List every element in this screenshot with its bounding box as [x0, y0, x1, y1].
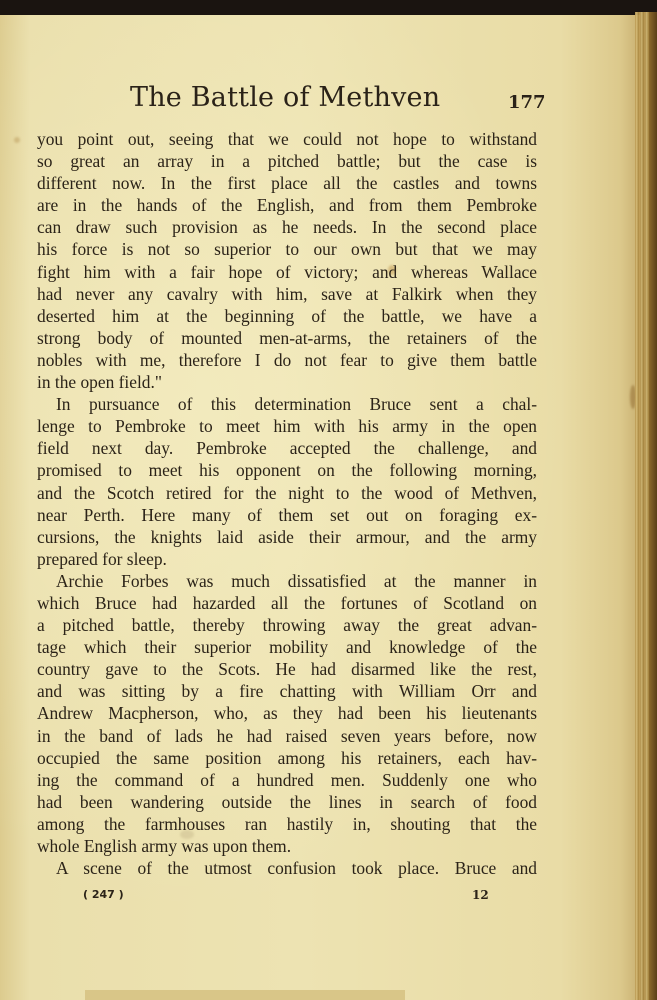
text-line: ing the command of a hundred men. Sudden… [37, 769, 537, 791]
text-line: deserted him at the beginning of the bat… [37, 305, 537, 327]
page-header: The Battle of Methven 177 [0, 82, 560, 122]
text-line: are in the hands of the English, and fro… [37, 194, 537, 216]
signature-number: 12 [472, 888, 489, 902]
running-title: The Battle of Methven [130, 82, 440, 113]
text-line: can draw such provision as he needs. In … [37, 216, 537, 238]
text-line: A scene of the utmost confusion took pla… [37, 857, 537, 879]
text-line: strong body of mounted men-at-arms, the … [37, 327, 537, 349]
text-line: Archie Forbes was much dissatisfied at t… [37, 570, 537, 592]
bottom-page-strip [85, 990, 405, 1000]
text-line: field next day. Pembroke accepted the ch… [37, 437, 537, 459]
body-text: you point out, seeing that we could not … [37, 128, 537, 879]
text-line: had never any cavalry with him, save at … [37, 283, 537, 305]
page-number: 177 [508, 92, 546, 113]
text-line: tage which their superior mobility and k… [37, 636, 537, 658]
text-line: among the farmhouses ran hastily in, sho… [37, 813, 537, 835]
text-line: In pursuance of this determination Bruce… [37, 393, 537, 415]
foxing-spot [14, 137, 20, 143]
text-line: promised to meet his opponent on the fol… [37, 459, 537, 481]
text-line: in the open field." [37, 371, 537, 393]
text-line: which Bruce had hazarded all the fortune… [37, 592, 537, 614]
text-line: and the Scotch retired for the night to … [37, 482, 537, 504]
text-line: so great an array in a pitched battle; b… [37, 150, 537, 172]
text-line: lenge to Pembroke to meet him with his a… [37, 415, 537, 437]
text-line: a pitched battle, thereby throwing away … [37, 614, 537, 636]
text-line: country gave to the Scots. He had disarm… [37, 658, 537, 680]
text-line: had been wandering outside the lines in … [37, 791, 537, 813]
text-line: his force is not so superior to our own … [37, 238, 537, 260]
text-line: occupied the same position among his ret… [37, 747, 537, 769]
signature-mark: ( 247 ) [83, 888, 124, 901]
book-cover-edge [649, 12, 657, 1000]
text-line: and was sitting by a fire chatting with … [37, 680, 537, 702]
scanned-book-page: The Battle of Methven 177 you point out,… [0, 0, 657, 1000]
text-line: in the band of lads he had raised seven … [37, 725, 537, 747]
text-line: you point out, seeing that we could not … [37, 128, 537, 150]
text-line: near Perth. Here many of them set out on… [37, 504, 537, 526]
text-line: fight him with a fair hope of victory; a… [37, 261, 537, 283]
text-line: cursions, the knights laid aside their a… [37, 526, 537, 548]
text-line: Andrew Macpherson, who, as they had been… [37, 702, 537, 724]
text-line: prepared for sleep. [37, 548, 537, 570]
text-line: whole English army was upon them. [37, 835, 537, 857]
text-line: different now. In the first place all th… [37, 172, 537, 194]
text-line: nobles with me, therefore I do not fear … [37, 349, 537, 371]
